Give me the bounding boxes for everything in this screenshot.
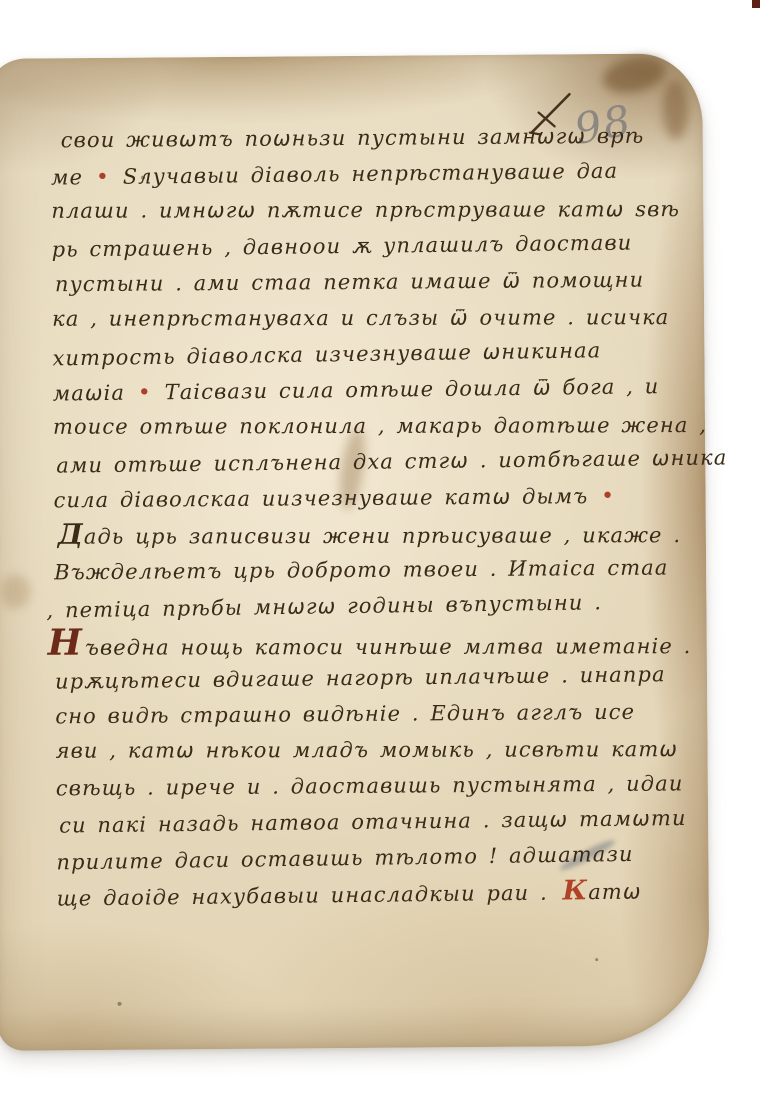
manuscript-line: ирѫцѣтеси вдигаше нагорѣ иплачѣше . инап… — [55, 656, 655, 699]
line-segment: маѡіа — [53, 381, 136, 406]
rubric-dot — [644, 268, 648, 293]
line-segment: плаши . имнѡгѡ пѫтисе прѣструваше катѡ ѕ… — [51, 197, 680, 223]
rubric-dot — [644, 124, 648, 149]
manuscript-line: ами отѣше исплънена дха стгѡ . иотбѣгаше… — [53, 440, 653, 483]
line-segment: си пакі назадь натвоа отачнина . защѡ та… — [59, 806, 687, 838]
manuscript-line: Дадь црь записвизи жени прѣисуваше , ика… — [54, 515, 654, 553]
manuscript-line: пустыни . ами стаа петка имаше ѿ помощни — [52, 262, 652, 303]
text-block: свои живѡтъ поѡньзи пустыни замнѡгѡ врѣ … — [51, 118, 657, 915]
rubric-dot: • — [136, 380, 154, 405]
rubric-dot — [602, 590, 606, 615]
manuscript-line: рь страшень , давноои ѫ уплашилъ даостав… — [51, 224, 651, 267]
line-segment: пустыни . ами стаа петка имаше ѿ помощни — [55, 268, 644, 297]
line-segment: яви , катѡ нѣкои младъ момыкь , исвѣти к… — [56, 737, 679, 763]
rubric-dot — [678, 737, 682, 762]
line-segment: ка , инепрѣстануваха и слъзы ѿ очите . и… — [52, 305, 669, 331]
photo-edge-artifact — [752, 0, 760, 8]
line-segment: свои живѡтъ поѡньзи пустыни замнѡгѡ врѣ — [61, 124, 645, 153]
rubric-dot — [665, 662, 669, 687]
rubric-dot — [633, 842, 637, 867]
corner-stain — [599, 51, 669, 98]
line-segment: хитрость діаволска изчезнуваше ѡникинаа — [52, 338, 601, 370]
rubric-dot — [680, 197, 684, 222]
line-segment: прилите даси оставишь тѣлото ! адшатази — [56, 842, 633, 875]
paper-speck — [595, 958, 598, 961]
manuscript-page: 98 свои живѡтъ поѡньзи пустыни замнѡгѡ в… — [0, 53, 710, 1051]
line-segment: ами отѣше исплънена дха стгѡ . иотбѣгаше… — [56, 445, 727, 477]
line-segment: ирѫцѣтеси вдигаше нагорѣ иплачѣше . инап… — [55, 662, 666, 693]
manuscript-line: сно видѣ страшно видѣніе . Единъ агглъ и… — [55, 694, 655, 735]
line-segment: рь страшень , давноои ѫ уплашилъ даостав… — [51, 231, 632, 262]
line-segment: Въжделѣетъ црь доброто твоеи . Итаіса ст… — [54, 555, 669, 584]
line-segment: атѡ — [588, 879, 642, 904]
paper-speck — [118, 1002, 122, 1006]
manuscript-line: маѡіа • Таісвази сила отѣше дошла ѿ бога… — [53, 368, 653, 411]
manuscript-line: ме • Ѕлучавыи діаволь непрѣстануваше даа — [51, 152, 651, 195]
manuscript-line: яви , катѡ нѣкои младъ момыкь , исвѣти к… — [56, 731, 656, 769]
line-segment: ще даоіде нахубавыи инасладкыи раи . — [57, 880, 559, 910]
line-segment: сила діаволскаа иизчезнуваше катѡ дымъ — [53, 484, 599, 512]
manuscript-line: ка , инепрѣстануваха и слъзы ѿ очите . и… — [52, 299, 652, 337]
initial-letter: Н — [48, 622, 83, 664]
rubric-dot — [635, 700, 639, 725]
rubric-dot — [668, 555, 672, 580]
line-segment: ме — [51, 165, 94, 190]
manuscript-line: свои живѡтъ поѡньзи пустыни замнѡгѡ врѣ — [51, 118, 651, 159]
paper-stain — [0, 575, 30, 609]
line-segment: Таісвази сила отѣше дошла ѿ бога , и — [154, 374, 660, 404]
line-segment: тоисе отѣше поклонила , макарь даотѣше ж… — [53, 413, 707, 439]
rubric-dot: • — [599, 484, 617, 509]
manuscript-photo: 98 свои живѡтъ поѡньзи пустыни замнѡгѡ в… — [0, 0, 760, 1099]
manuscript-line: , петіца прѣбы мнѡгѡ годины въпустыни . — [46, 583, 654, 628]
rubric-dot — [632, 231, 636, 256]
initial-letter: Д — [58, 518, 84, 551]
manuscript-line: Нъведна нощь катоси чинѣше млтва иметані… — [41, 623, 655, 661]
line-segment: , петіца прѣбы мнѡгѡ годины въпустыни . — [46, 590, 602, 622]
rubric-dot — [707, 413, 711, 438]
line-segment: свѣщь . ирече и . даоставишь пустынята ,… — [56, 771, 684, 800]
manuscript-line: ще даоіде нахубавыи инасладкыи раи . Кат… — [56, 872, 656, 915]
manuscript-line: тоисе отѣше поклонила , макарь даотѣше ж… — [53, 407, 653, 445]
rubric-dot — [683, 771, 687, 796]
initial-letter: К — [562, 875, 588, 906]
rubric-dot — [601, 338, 605, 363]
line-segment: ъведна нощь катоси чинѣше млтва иметаніе… — [85, 634, 692, 660]
rubric-dot: • — [94, 165, 112, 190]
manuscript-line: свѣщь . ирече и . даоставишь пустынята ,… — [56, 766, 656, 807]
manuscript-line: плаши . имнѡгѡ пѫтисе прѣструваше катѡ ѕ… — [51, 191, 651, 229]
line-segment: Ѕлучавыи діаволь непрѣстануваше даа — [112, 159, 619, 189]
rubric-dot — [669, 305, 673, 330]
rubric-dot — [727, 445, 731, 470]
manuscript-line: сила діаволскаа иизчезнуваше катѡ дымъ • — [53, 478, 653, 519]
line-segment: сно видѣ страшно видѣніе . Единъ агглъ и… — [55, 700, 635, 729]
line-segment: адь црь записвизи жени прѣисуваше , икаж… — [84, 523, 681, 549]
rubric-dot — [686, 806, 690, 831]
corner-stain — [662, 79, 688, 139]
